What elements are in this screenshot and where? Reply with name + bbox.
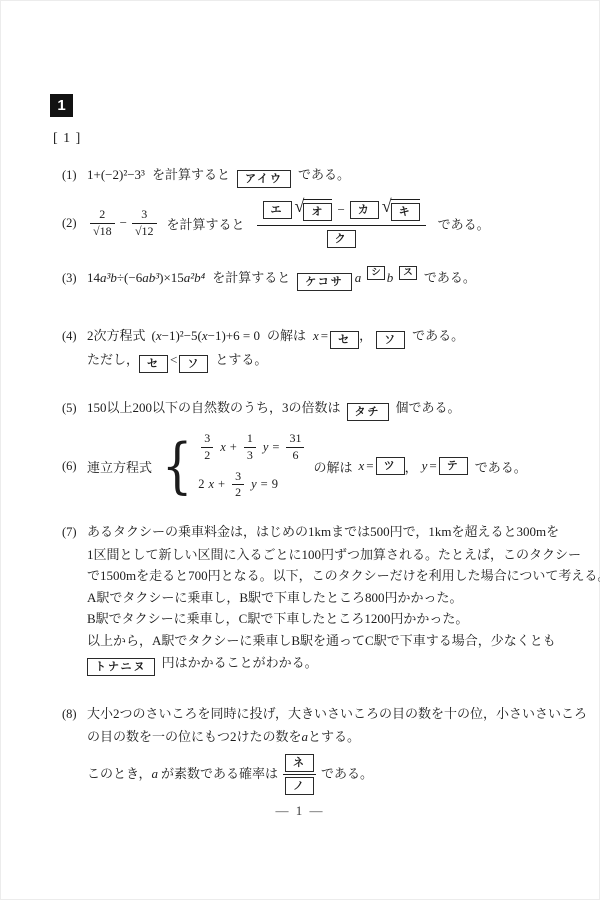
section-number-badge: 1 <box>50 94 73 117</box>
problem-8-text: このとき， <box>87 763 151 785</box>
problem-8: (8)大小2つのさいころを同時に投げ，大きいさいころの目の数を十の位，小さいさい… <box>62 703 562 796</box>
fraction-31-6: 316 <box>286 432 304 463</box>
answer-box-aiu: アイウ <box>237 170 291 188</box>
answer-box-ki: キ <box>391 203 420 221</box>
equals-sign: = <box>429 458 436 474</box>
answer-fraction: ネ ノ <box>283 754 316 795</box>
problem-4-intro: 2次方程式 <box>87 328 146 343</box>
fraction-numerator: 3 <box>201 432 213 448</box>
answer-box-tachi: タチ <box>347 403 389 421</box>
problem-7-line-2: 1区間として新しい区間に入るごとに100円ずつ加算される。たとえば，このタクシー <box>87 544 562 566</box>
problem-8-text: とする。 <box>308 729 360 744</box>
problem-7-text: A駅でタクシーに乗車し，B駅で下車したところ800円かかった。 <box>87 590 463 605</box>
problem-1-text: を計算すると <box>152 167 230 182</box>
problem-7-line-6: 以上から，A駅でタクシーに乗車しB駅を通ってC駅で下車する場合，少なくとも <box>87 630 562 652</box>
answer-box-ka: カ <box>350 201 379 219</box>
fraction-3-over-sqrt12: 3√12 <box>132 208 157 239</box>
fraction-denominator: √12 <box>132 224 157 239</box>
minus-sign: − <box>120 215 127 231</box>
exam-page: 1 [ 1 ] (1)1+(−2)²−3³を計算するとアイウである。 (2) 2… <box>0 0 600 900</box>
problem-4-condition: ただし， <box>87 352 139 367</box>
minus-sign: − <box>337 202 344 218</box>
variable-x: x <box>208 477 214 492</box>
equation: −1)²−5( <box>162 328 202 343</box>
equals-sign: = <box>272 440 279 455</box>
problem-3: (3)14a³b÷(−6ab³)×15a²b⁴を計算するとケコサaシbスである。 <box>62 267 562 291</box>
fraction-denominator: 3 <box>244 448 256 463</box>
problem-1-number: (1) <box>62 168 87 183</box>
answer-box-se: セ <box>330 331 359 349</box>
radical-icon: √ <box>382 199 392 213</box>
comma: ， <box>405 457 418 476</box>
problem-4-line-1: (4)2次方程式(x−1)²−5(x−1)+6 = 0の解はx=セ，ソである。 <box>62 325 562 349</box>
problem-8-text: の目の数を一の位にもつ2けたの数を <box>87 729 302 744</box>
problem-7-end: 円はかかることがわかる。 <box>162 655 318 670</box>
fraction-numerator: 1 <box>244 432 256 448</box>
radicand: キ <box>391 199 420 221</box>
problem-3-text: を計算すると <box>212 270 290 285</box>
problem-3-end: である。 <box>424 270 476 285</box>
answer-fraction-numerator: エ √オ − カ √キ <box>257 199 426 226</box>
variable-b: b <box>387 270 394 285</box>
problem-7-line-3: で1500mを走ると700円となる。以下，このタクシーだけを利用した場合について… <box>87 565 562 587</box>
radical-icon: √ <box>295 199 305 213</box>
problem-8-line-3: このとき， a が素数である確率は ネ ノ である。 <box>87 752 562 796</box>
page-number: — 1 — <box>0 803 600 819</box>
equation: −1)+6 = 0 <box>208 328 260 343</box>
problem-5-number: (5) <box>62 401 87 416</box>
problem-2-end: である。 <box>438 214 490 233</box>
sqrt-group-2: √キ <box>382 199 420 221</box>
problem-7-text: 1区間として新しい区間に入るごとに100円ずつ加算される。たとえば，このタクシー <box>87 547 581 562</box>
fraction-numerator: 31 <box>286 432 304 448</box>
problem-8-text: が素数である確率は <box>161 763 278 785</box>
problem-7-line-5: B駅でタクシーに乗車し，C駅で下車したところ1200円かかった。 <box>87 608 562 630</box>
answer-box-ku: ク <box>327 230 356 248</box>
fraction-2-over-sqrt18: 2√18 <box>90 208 115 239</box>
variable-a: a <box>151 763 158 785</box>
variable-term: a³b <box>100 270 117 285</box>
answer-box-o: オ <box>303 203 332 221</box>
variable-x: x <box>220 440 226 455</box>
answer-box-tsu: ツ <box>376 457 405 475</box>
answer-box-tonaninu: トナニヌ <box>87 658 155 676</box>
answer-box-ne: ネ <box>285 754 314 772</box>
variable-y: y <box>251 477 257 492</box>
coefficient: 2 <box>198 477 204 492</box>
problem-6-end: である。 <box>475 457 527 476</box>
problem-4: (4)2次方程式(x−1)²−5(x−1)+6 = 0の解はx=セ，ソである。 … <box>62 325 562 373</box>
equals-sign: = <box>321 328 328 343</box>
problem-4-number: (4) <box>62 326 87 348</box>
fraction-1-3: 13 <box>244 432 256 463</box>
answer-box-kekosa: ケコサ <box>297 273 352 291</box>
problem-7-text: で1500mを走ると700円となる。以下，このタクシーだけを利用した場合について… <box>87 568 600 583</box>
answer-box-su: ス <box>399 266 417 280</box>
fraction-3-2: 32 <box>201 432 213 463</box>
problem-7-number: (7) <box>62 522 87 544</box>
brace-icon: { <box>162 437 193 495</box>
problem-8-text: 大小2つのさいころを同時に投げ，大きいさいころの目の数を十の位，小さいさいころ <box>87 706 587 721</box>
answer-box-so: ソ <box>179 355 208 373</box>
problem-2-number: (2) <box>62 216 87 231</box>
problem-5: (5)150以上200以下の自然数のうち，3の倍数はタチ個である。 <box>62 397 562 421</box>
variable-term: a²b⁴ <box>184 270 205 285</box>
problem-2: (2) 2√18 − 3√12 を計算すると エ √オ − カ √キ ク である… <box>62 196 562 250</box>
sqrt-group-1: √オ <box>295 199 333 221</box>
problem-4-end: である。 <box>412 328 464 343</box>
problem-7-text: あるタクシーの乗車料金は，はじめの1kmまでは500円で，1kmを超えると300… <box>87 524 559 539</box>
answer-box-e: エ <box>263 201 292 219</box>
fraction-numerator: 2 <box>90 208 115 224</box>
problem-6-number: (6) <box>62 459 87 474</box>
fraction-denominator: √18 <box>90 224 115 239</box>
equation-system: { 32 x + 13 y = 316 2x + 32 y = 9 <box>158 432 307 500</box>
answer-fraction-denominator: ノ <box>285 775 314 795</box>
fraction-numerator: 3 <box>132 208 157 224</box>
equations: 32 x + 13 y = 316 2x + 32 y = 9 <box>198 432 307 500</box>
answer-fraction-numerator: ネ <box>283 754 316 775</box>
equals-sign: = <box>366 458 373 474</box>
answer-fraction: エ √オ − カ √キ ク <box>257 199 426 248</box>
plus-sign: + <box>218 477 225 492</box>
constant: 9 <box>272 477 278 492</box>
problem-8-line-2: の目の数を一の位にもつ2けたの数をaとする。 <box>87 726 562 748</box>
problem-6-text: の解は <box>313 457 352 476</box>
equation-2: 2x + 32 y = 9 <box>198 470 307 501</box>
answer-box-so: ソ <box>376 331 405 349</box>
problem-4-condition-end: とする。 <box>215 352 267 367</box>
problem-4-line-2: ただし，セ<ソとする。 <box>87 349 562 373</box>
variable-y: y <box>422 458 428 474</box>
problem-7-line-7: トナニヌ円はかかることがわかる。 <box>87 652 562 676</box>
problem-6-intro: 連立方程式 <box>87 457 152 476</box>
problem-6: (6) 連立方程式 { 32 x + 13 y = 316 2x + 32 y <box>62 428 562 504</box>
fraction-3-2: 32 <box>232 470 244 501</box>
comma: ， <box>359 328 372 343</box>
problem-1-end: である。 <box>298 167 350 182</box>
coefficient: 14 <box>87 270 100 285</box>
answer-box-no: ノ <box>285 777 314 795</box>
equals-sign: = <box>261 477 268 492</box>
variable-a: a <box>355 270 362 285</box>
problem-8-end: である。 <box>321 763 373 785</box>
problem-7-text: B駅でタクシーに乗車し，C駅で下車したところ1200円かかった。 <box>87 611 468 626</box>
problem-7-line-4: A駅でタクシーに乗車し，B駅で下車したところ800円かかった。 <box>87 587 562 609</box>
fraction-denominator: 2 <box>201 448 213 463</box>
variable-term: ab³ <box>142 270 159 285</box>
answer-fraction-denominator: ク <box>327 226 356 248</box>
problem-2-text: を計算すると <box>167 214 245 233</box>
problem-5-text: 150以上200以下の自然数のうち，3の倍数は <box>87 400 341 415</box>
fraction-denominator: 2 <box>232 485 244 500</box>
problem-5-end: 個である。 <box>396 400 461 415</box>
operator: )×15 <box>159 270 184 285</box>
answer-box-shi: シ <box>367 266 385 280</box>
problem-8-line-1: (8)大小2つのさいころを同時に投げ，大きいさいころの目の数を十の位，小さいさい… <box>62 703 562 726</box>
equation-1: 32 x + 13 y = 316 <box>198 432 307 463</box>
variable-x: x <box>358 458 364 474</box>
answer-box-se: セ <box>139 355 168 373</box>
fraction-numerator: 3 <box>232 470 244 486</box>
fraction-denominator: 6 <box>286 448 304 463</box>
less-than-sign: < <box>170 352 177 367</box>
problem-1-expression: 1+(−2)²−3³ <box>87 167 145 182</box>
problem-7: (7)あるタクシーの乗車料金は，はじめの1kmまでは500円で，1kmを超えると… <box>62 521 562 676</box>
variable-y: y <box>263 440 269 455</box>
problem-1: (1)1+(−2)²−3³を計算するとアイウである。 <box>62 164 562 188</box>
plus-sign: + <box>230 440 237 455</box>
answer-box-te: テ <box>439 457 468 475</box>
problem-4-text: の解は <box>267 328 306 343</box>
variable-x: x <box>313 328 319 343</box>
problem-7-text: 以上から，A駅でタクシーに乗車しB駅を通ってC駅で下車する場合，少なくとも <box>87 633 556 648</box>
radicand: オ <box>303 199 332 221</box>
problem-7-line-1: (7)あるタクシーの乗車料金は，はじめの1kmまでは500円で，1kmを超えると… <box>62 521 562 544</box>
subsection-label: [ 1 ] <box>53 131 81 147</box>
problem-8-number: (8) <box>62 704 87 726</box>
operator: ÷(−6 <box>117 270 142 285</box>
problem-3-number: (3) <box>62 271 87 286</box>
